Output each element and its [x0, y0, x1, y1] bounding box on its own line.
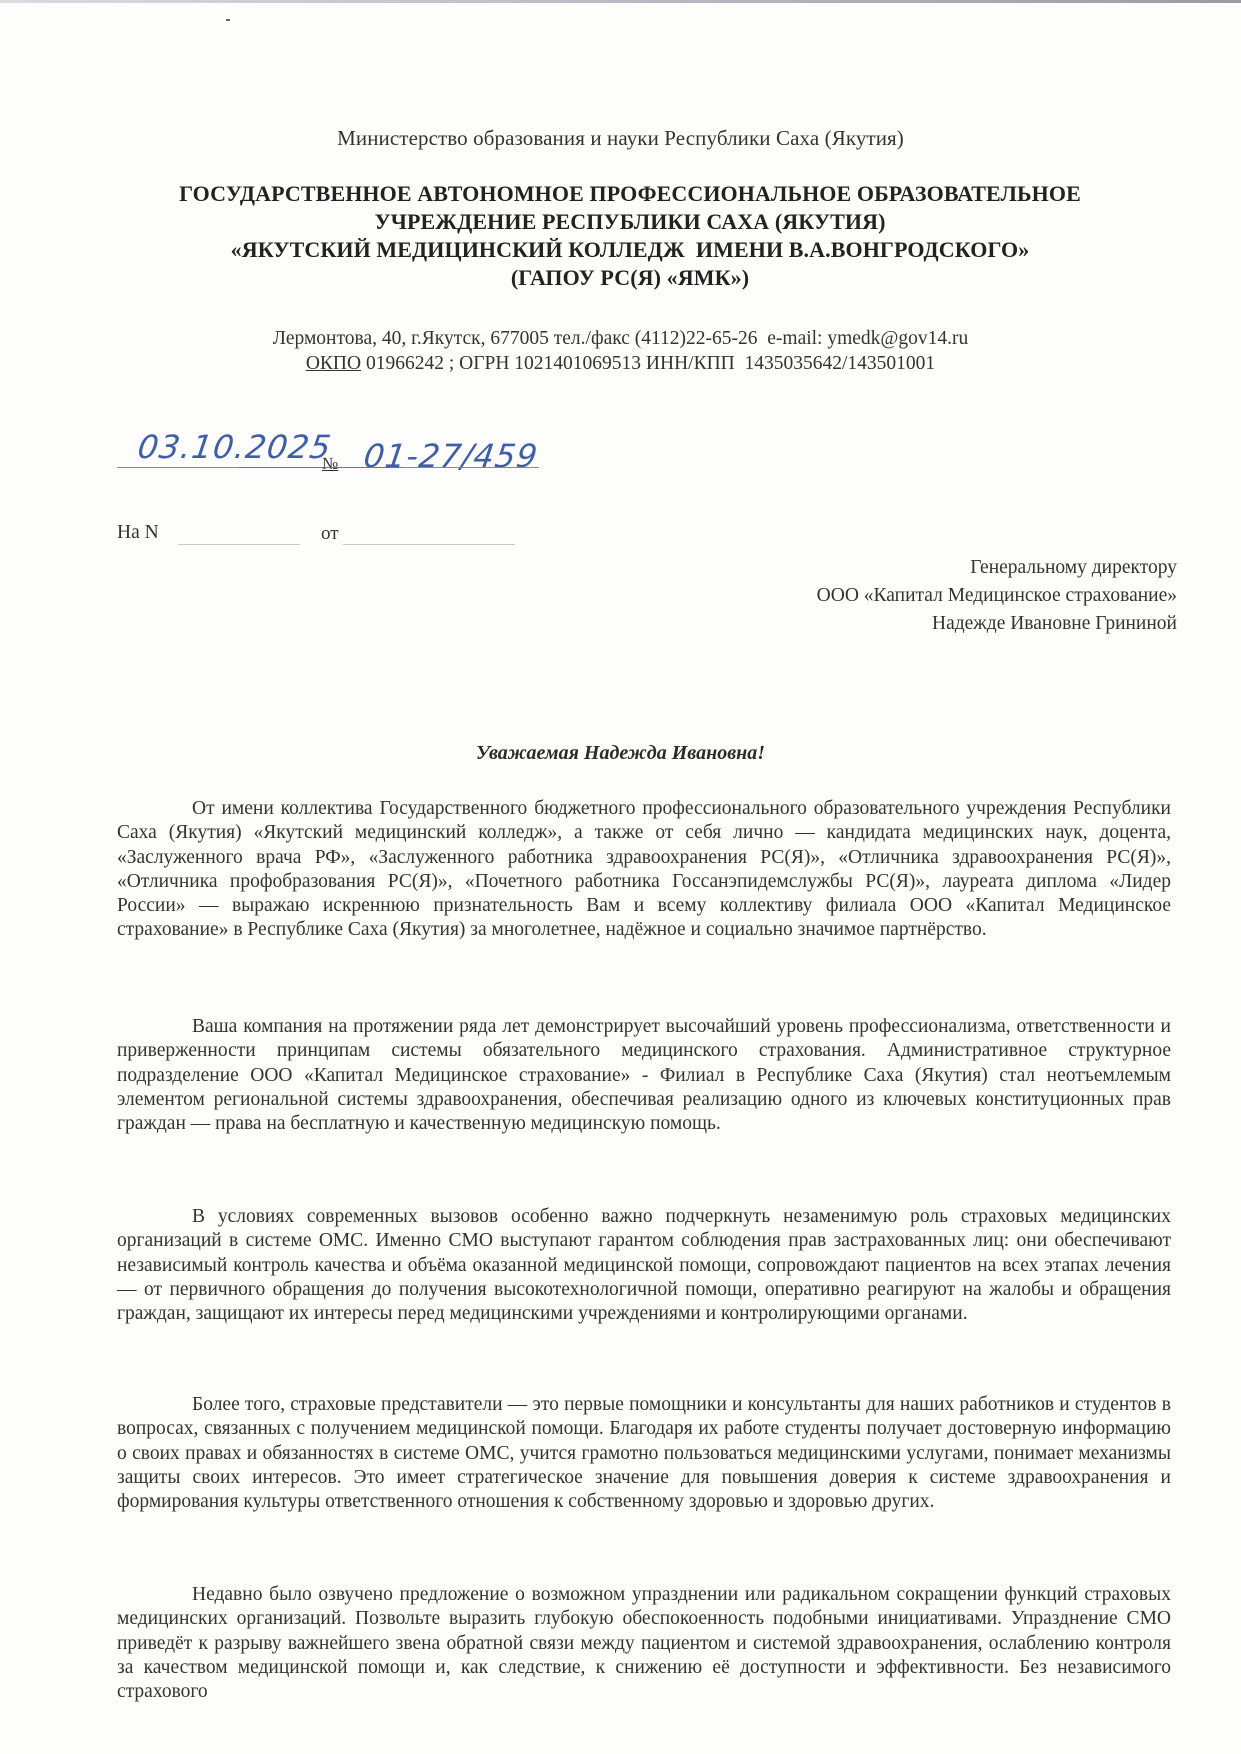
ministry-line: Министерство образования и науки Республ…: [0, 126, 1241, 151]
salutation: Уважаемая Надежда Ивановна!: [0, 742, 1241, 765]
number-sign: №: [322, 454, 338, 474]
addressee-position: Генеральному директору: [817, 554, 1177, 582]
organization-name: ГОСУДАРСТВЕННОЕ АВТОНОМНОЕ ПРОФЕССИОНАЛЬ…: [100, 180, 1160, 292]
org-contacts: Лермонтова, 40, г.Якутск, 677005 тел./фа…: [0, 326, 1241, 376]
reference-na-label: На N: [117, 522, 159, 543]
body-paragraph-2: Ваша компания на протяжении ряда лет дем…: [117, 1015, 1171, 1136]
number-underline: [238, 467, 403, 468]
number-underline-end: [403, 467, 539, 468]
address-line: Лермонтова, 40, г.Якутск, 677005 тел./фа…: [0, 326, 1241, 351]
addressee-name: Надежде Ивановне Грининой: [817, 610, 1177, 638]
reference-line: На N от: [117, 522, 159, 544]
scan-edge-shadow: [0, 0, 1241, 3]
body-paragraph-5: Недавно было озвучено предложение о возм…: [117, 1583, 1171, 1704]
org-line-2: УЧРЕЖДЕНИЕ РЕСПУБЛИКИ САХА (ЯКУТИЯ): [100, 208, 1160, 236]
codes-values: 01966242 ; ОГРН 1021401069513 ИНН/КПП 14…: [361, 353, 935, 374]
reference-date-blank: [343, 544, 515, 545]
okpo-label: ОКПО: [306, 353, 361, 374]
org-line-1: ГОСУДАРСТВЕННОЕ АВТОНОМНОЕ ПРОФЕССИОНАЛЬ…: [100, 180, 1160, 208]
body-paragraph-3: В условиях современных вызовов особенно …: [117, 1205, 1171, 1326]
body-paragraph-4: Более того, страховые представители — эт…: [117, 1393, 1171, 1514]
org-line-3: «ЯКУТСКИЙ МЕДИЦИНСКИЙ КОЛЛЕДЖ ИМЕНИ В.А.…: [100, 236, 1160, 264]
body-paragraph-1: От имени коллектива Государственного бюд…: [117, 797, 1171, 943]
reference-ot-label: от: [321, 523, 339, 545]
org-line-4: (ГАПОУ РС(Я) «ЯМК»): [100, 264, 1160, 292]
addressee-company: ООО «Капитал Медицинское страхование»: [817, 582, 1177, 610]
handwritten-reg-number: 01-27/459: [361, 437, 540, 475]
reference-number-blank: [178, 544, 300, 545]
codes-line: ОКПО 01966242 ; ОГРН 1021401069513 ИНН/К…: [0, 351, 1241, 376]
addressee-block: Генеральному директору ООО «Капитал Меди…: [817, 554, 1177, 638]
scan-speck: [226, 19, 230, 21]
handwritten-date: 03.10.2025: [135, 428, 334, 466]
